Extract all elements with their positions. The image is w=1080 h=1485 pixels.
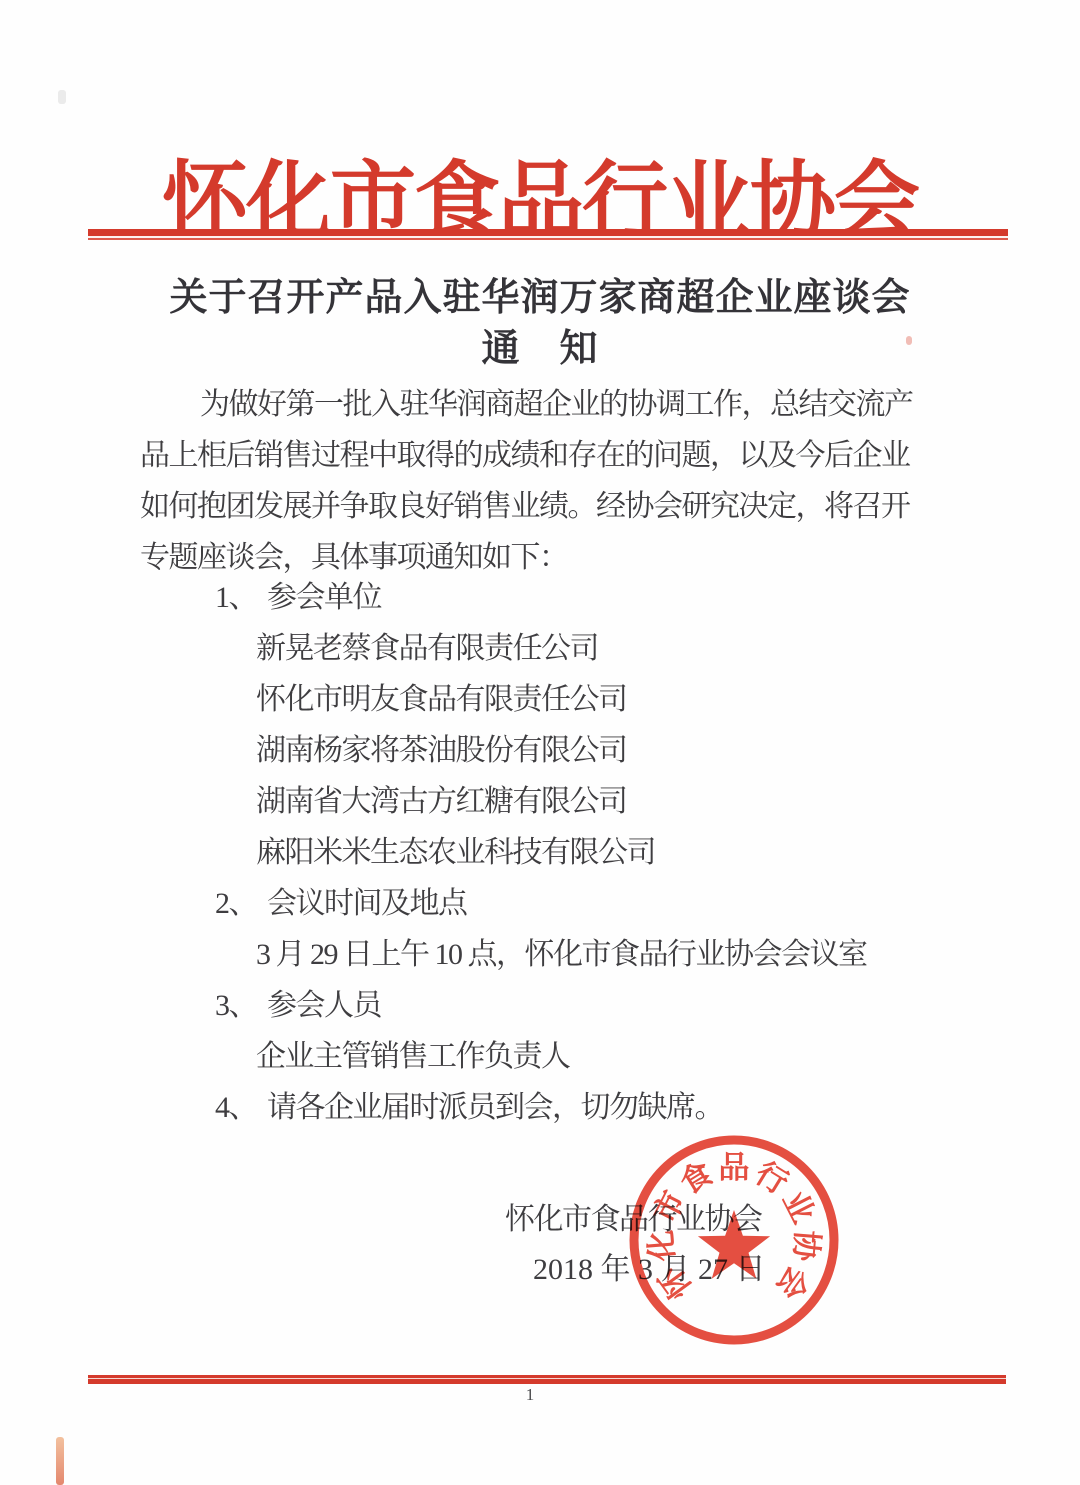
company-name: 麻阳米米生态农业科技有限公司 — [0, 827, 1080, 878]
paragraph-line: 品上柜后销售过程中取得的成绩和存在的问题，以及今后企业 — [140, 430, 930, 481]
footer-rule — [88, 1375, 1006, 1384]
list-item-3: 3、参会人员 — [0, 980, 1080, 1031]
list-item-marker: 3、 — [215, 989, 257, 1022]
company-name: 新晃老蔡食品有限责任公司 — [0, 623, 1080, 674]
list-item-title: 请各企业届时派员到会，切勿缺席。 — [267, 1091, 723, 1124]
scanned-notice-document: 怀化市食品行业协会 关于召开产品入驻华润万家商超企业座谈会 通 知 为做好第一批… — [0, 0, 1080, 1485]
scan-artifact-speck — [58, 90, 66, 104]
association-seal-stamp: 怀化市食品行业协会 — [624, 1130, 844, 1350]
list-item-title: 会议时间及地点 — [267, 887, 467, 920]
list-item-marker: 1、 — [215, 581, 257, 614]
list-item-1: 1、参会单位 — [0, 572, 1080, 623]
svg-text:品: 品 — [719, 1150, 750, 1185]
notice-list: 1、参会单位 新晃老蔡食品有限责任公司 怀化市明友食品有限责任公司 湖南杨家将茶… — [0, 572, 1080, 1133]
list-item-title: 参会人员 — [267, 989, 381, 1022]
list-item-4: 4、请各企业届时派员到会，切勿缺席。 — [0, 1082, 1080, 1133]
meeting-time-place: 3 月 29 日上午 10 点，怀化市食品行业协会会议室 — [0, 929, 1080, 980]
company-name: 湖南杨家将茶油股份有限公司 — [0, 725, 1080, 776]
list-item-marker: 2、 — [215, 887, 257, 920]
letterhead-rule — [88, 229, 1008, 240]
notice-title: 关于召开产品入驻华润万家商超企业座谈会 — [0, 266, 1080, 321]
list-item-marker: 4、 — [215, 1091, 257, 1124]
svg-text:业: 业 — [776, 1185, 821, 1229]
list-item-2: 2、会议时间及地点 — [0, 878, 1080, 929]
svg-text:化: 化 — [643, 1229, 680, 1264]
scan-artifact-red-speck — [906, 336, 912, 345]
paragraph-line: 如何抱团发展并争取良好销售业绩。经协会研究决定，将召开 — [140, 481, 930, 532]
company-name: 怀化市明友食品有限责任公司 — [0, 674, 1080, 725]
notice-paragraph: 为做好第一批入驻华润商超企业的协调工作，总结交流产 品上柜后销售过程中取得的成绩… — [140, 379, 930, 583]
letterhead-rule-thin — [88, 238, 1008, 240]
list-item-title: 参会单位 — [267, 581, 381, 614]
scan-artifact-streak — [56, 1437, 64, 1485]
page-number: 1 — [0, 1385, 1060, 1405]
paragraph-line: 为做好第一批入驻华润商超企业的协调工作，总结交流产 — [140, 379, 930, 430]
svg-text:协: 协 — [788, 1229, 825, 1264]
svg-text:食: 食 — [674, 1155, 719, 1201]
stamp-star-icon — [698, 1210, 770, 1279]
letterhead-rule-thick — [88, 229, 1008, 236]
notice-subtitle: 通 知 — [0, 317, 1080, 372]
svg-text:会: 会 — [769, 1260, 816, 1306]
footer-rule-thick — [88, 1379, 1006, 1384]
attendee-description: 企业主管销售工作负责人 — [0, 1031, 1080, 1082]
company-name: 湖南省大湾古方红糖有限公司 — [0, 776, 1080, 827]
